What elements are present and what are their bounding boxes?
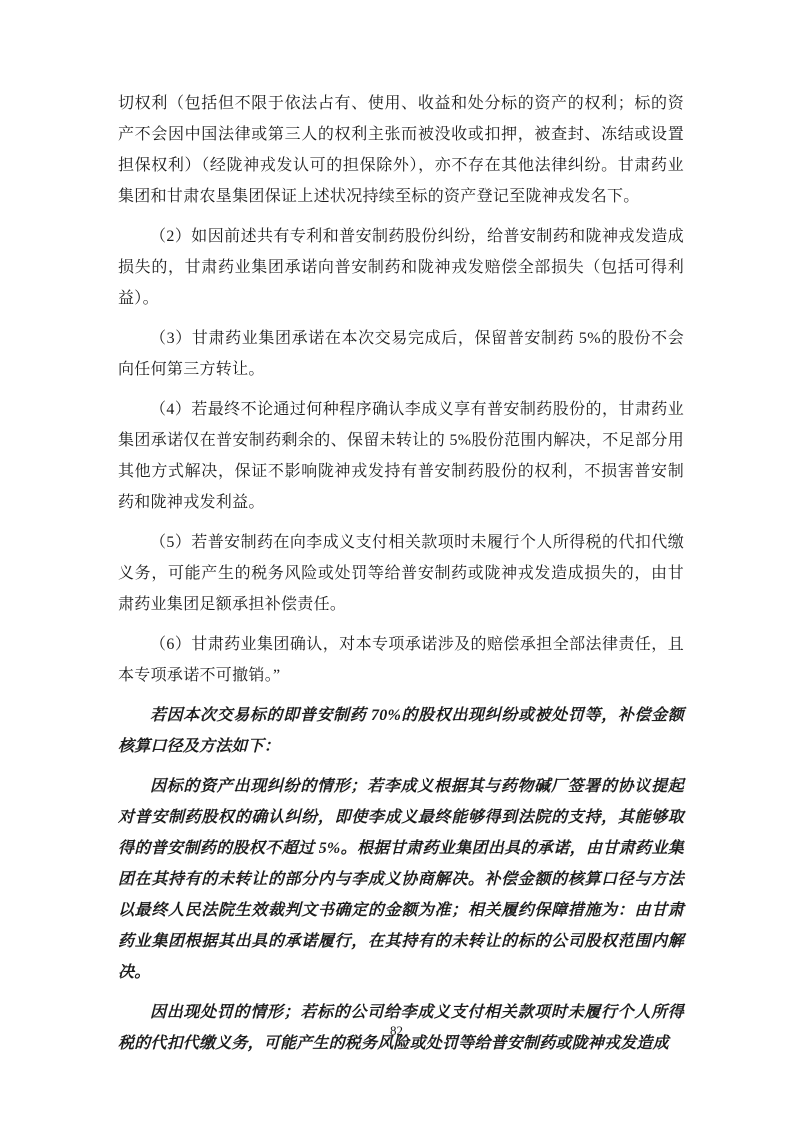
paragraph-item-4: （4）若最终不论通过何种程序确认李成义享有普安制药股份的，甘肃药业集团承诺仅在普…	[118, 394, 684, 518]
paragraph-continuation: 切权利（包括但不限于依法占有、使用、收益和处分标的资产的权利；标的资产不会因中国…	[118, 88, 684, 212]
paragraph-item-6: （6）甘肃药业集团确认，对本专项承诺涉及的赔偿承担全部法律责任，且本专项承诺不可…	[118, 629, 684, 691]
paragraph-item-2: （2）如因前述共有专利和普安制药股份纠纷，给普安制药和陇神戎发造成损失的，甘肃药…	[118, 221, 684, 314]
paragraph-item-5: （5）若普安制药在向李成义支付相关款项时未履行个人所得税的代扣代缴义务，可能产生…	[118, 527, 684, 620]
document-text-block: 切权利（包括但不限于依法占有、使用、收益和处分标的资产的权利；标的资产不会因中国…	[118, 88, 684, 1068]
paragraph-bold-dispute-case: 因标的资产出现纠纷的情形；若李成义根据其与药物碱厂签署的协议提起对普安制药股权的…	[118, 771, 684, 988]
paragraph-bold-intro: 若因本次交易标的即普安制药 70%的股权出现纠纷或被处罚等，补偿金额核算口径及方…	[118, 700, 684, 762]
page-number: 82	[0, 1022, 793, 1040]
document-page: 切权利（包括但不限于依法占有、使用、收益和处分标的资产的权利；标的资产不会因中国…	[0, 0, 793, 1122]
paragraph-item-3: （3）甘肃药业集团承诺在本次交易完成后，保留普安制药 5%的股份不会向任何第三方…	[118, 323, 684, 385]
